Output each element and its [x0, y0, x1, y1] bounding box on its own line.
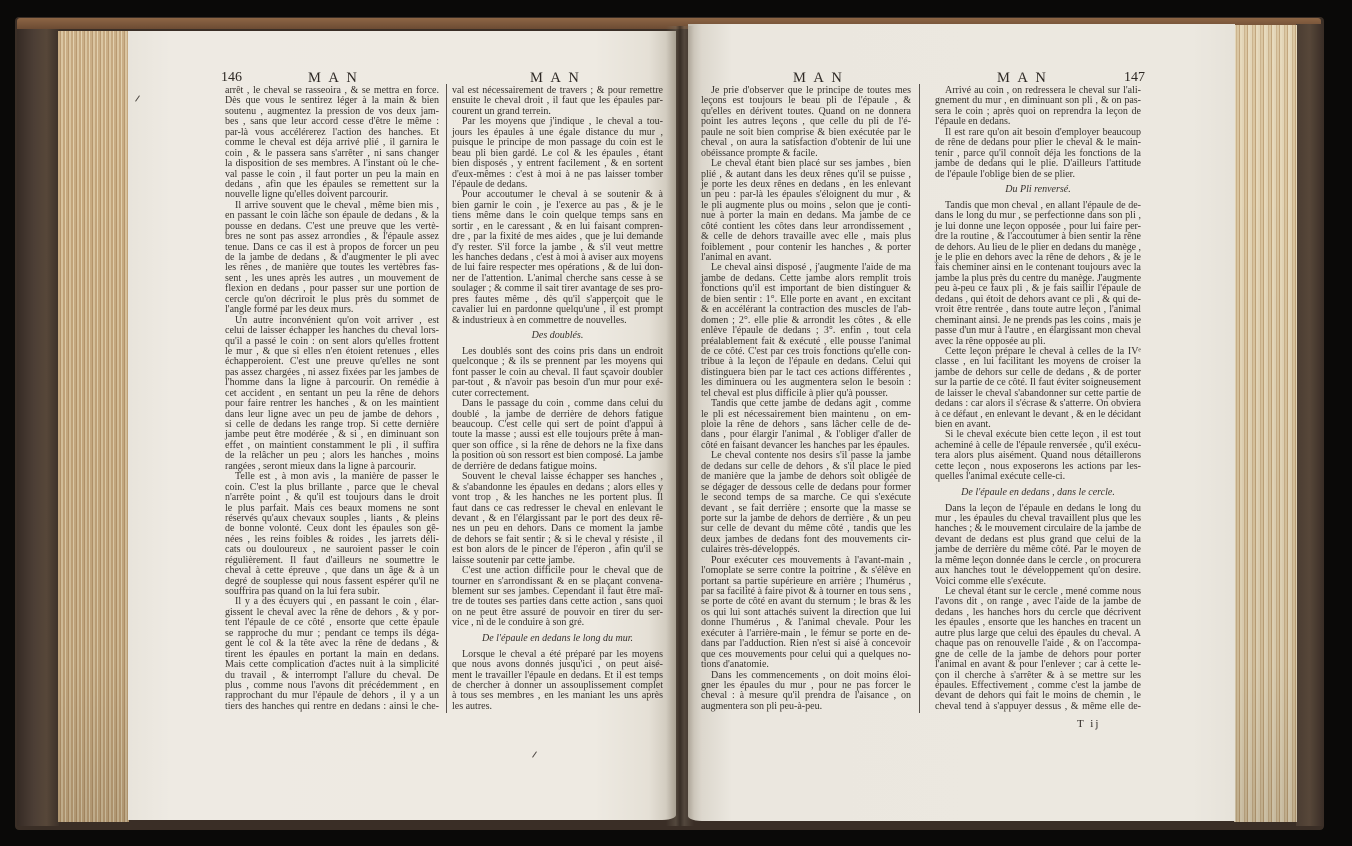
line-text: dans , pour élargir l'animal , & l'oblig…	[701, 429, 911, 440]
line-text: nue à porter la main en dedans. Ma jambe…	[701, 210, 911, 221]
line-text: de dedans sur celle de dehors , & s'il p…	[701, 461, 911, 472]
line-text: obéissance prompte & facile.	[701, 148, 818, 159]
section-heading: De l'épaule en dedans , dans le cercle.	[935, 483, 1141, 504]
line-text: Tandis que mon cheval , en allant l'épau…	[945, 200, 1141, 211]
line-text: d'eux-mêmes : c'est à moi à ne pas laiss…	[452, 169, 663, 180]
line-text: cercle qu'on décriroit le plus près du s…	[225, 294, 439, 305]
line-text: gissent le cheval avec la rêne de dehors…	[225, 607, 439, 618]
line-text: domen ; 2°. elle plie & arrondit les côt…	[701, 315, 911, 326]
line-text: est bon alors de le pincer de l'éperon ,…	[452, 544, 663, 555]
running-head: MAN	[997, 71, 1053, 86]
line-text: se rapproche du mur ; pendant ce temps i…	[225, 628, 439, 639]
line-text: courent un grand terrein.	[452, 106, 551, 117]
line-text: beaucoup. C'est celle qui sert de point …	[452, 419, 663, 430]
line-text: l'épaule de dedans.	[452, 179, 527, 190]
line-text: quelles l'animal exécute celle-ci.	[935, 471, 1065, 482]
line-text: cheminant ainsi. Je ne prends pas les co…	[935, 315, 1141, 326]
line-text: cheval à cette épreuve , que dans un âge…	[225, 565, 439, 576]
paragraph: Lorsque le cheval a été préparé par les …	[452, 650, 663, 713]
line-text: point les autres leçons , que celle du p…	[701, 116, 911, 127]
line-text: pour faire rentrer les hanches , & on le…	[225, 398, 439, 409]
line-text: laisse soutenir par cette jambe.	[452, 555, 575, 566]
line-text: pas assez chargées , ni assez fixées par…	[225, 367, 439, 378]
line-text: un peu : par-là les épaules s'éloignent …	[701, 189, 911, 200]
line-text: pousse en dedans. C'est une preuve que l…	[225, 221, 439, 232]
cover-right-board	[1296, 24, 1323, 826]
printer-signature: T ij	[1077, 719, 1100, 730]
line-text: tribue à la leçon de l'épaule en dedans.…	[701, 356, 911, 367]
line-text: de chercher à donner un assouplissement …	[452, 680, 663, 691]
line-text: régulièrement. Il faut d'ailleurs ne sou…	[225, 555, 439, 566]
line-text: ensuite le cheval droit , il faut que le…	[452, 95, 663, 106]
line-text: on ne peut être assuré de pouvoir en tir…	[452, 607, 663, 618]
paragraph: Il est rare qu'on ait besoin d'employer …	[935, 128, 1141, 180]
line-text: vice , ni de le conduire à son gré.	[452, 617, 584, 628]
text-line: augmentera son pli peu-à-peu.	[701, 702, 911, 712]
paragraph: Telle est , à mon avis , la manière de p…	[225, 472, 439, 597]
line-text: Pour accoutumer le cheval à se soutenir …	[462, 189, 663, 200]
line-text: Mais cette complication d'actes nuit à l…	[225, 659, 439, 670]
line-text: de bien sentir : 1°. Elle porte en avant…	[701, 294, 911, 305]
text-line: tiers des hanches qui rentre en dedans :…	[225, 702, 439, 712]
paragraph: Il arrive souvent que le cheval , même b…	[225, 201, 439, 316]
line-text: soutenu , augmentez la pression de vos d…	[225, 106, 439, 117]
line-text: Dans la leçon de l'épaule en dedans le l…	[945, 503, 1141, 514]
line-text: dre , par la fixité de mes aides , que j…	[452, 231, 663, 242]
line-text: cheval tend à s'appuyer dessus , & même …	[935, 701, 1141, 712]
line-text: pres fautes même , dès qu'il s'apperçoit…	[452, 294, 663, 305]
text-column-1: arrêt , le cheval se rasseoira , & se me…	[225, 86, 439, 712]
paragraph: Le cheval ainsi disposé , j'augmente l'a…	[701, 263, 911, 399]
column-rule	[446, 84, 447, 713]
line-text: je lui donne une leçon opposée , pour lu…	[935, 221, 1141, 232]
line-text: côté en faisant devancer les hanches par…	[701, 440, 910, 451]
paragraph: Le cheval contente nos desirs s'il passe…	[701, 451, 911, 555]
paragraph: Si le cheval exécute bien cette leçon , …	[935, 430, 1141, 482]
line-text: effet , on maintient constamment le pli …	[225, 440, 439, 451]
line-text: de l'épaule l'oblige bien de se plier.	[935, 169, 1075, 180]
line-text: puisque le principe de mon passage du co…	[452, 137, 663, 148]
line-text: flexion en dedans , pour passer sur une …	[225, 283, 439, 294]
line-text: C'est une action difficile pour le cheva…	[462, 565, 663, 576]
line-text: tirent les épaules en portant la main en…	[225, 649, 439, 660]
paragraph: Je prie d'observer que le principe de to…	[701, 86, 911, 159]
line-text: se dégager de dessous celle de dedans po…	[701, 482, 911, 493]
paragraph: Dans les commencements , on doit moins é…	[701, 671, 911, 713]
line-text: tions d'anatomie.	[701, 659, 769, 670]
line-text: je le plie en dehors avec la rêne de deh…	[935, 252, 1141, 263]
line-text: qu'il a passé le coin : on sent alors qu…	[225, 336, 439, 347]
line-text: n'arrête point , & qu'il est toujours da…	[225, 492, 439, 503]
line-text: gne de celle de la jambe de dehors pour …	[935, 649, 1141, 660]
paragraph: Les doublés sont des coins pris dans un …	[452, 347, 663, 399]
line-text: quer son office , si la rêne de dehors n…	[452, 440, 663, 451]
line-text: Un autre inconvénient qu'on voit arriver…	[235, 315, 439, 326]
line-text: de lui faire respecter mes opérations , …	[452, 262, 663, 273]
line-text: Par les moyens que j'indique , le cheval…	[462, 116, 663, 127]
line-text: gnement du mur , en diminuant son pli , …	[935, 95, 1141, 106]
line-text: plié , & autant dans les deux rênes qu'i…	[701, 169, 911, 180]
line-text: devant de dedans est plus grand que celu…	[935, 534, 1141, 545]
line-text: Il arrive souvent que le cheval , même b…	[235, 200, 439, 211]
line-text: le pli augmente plus ou moins , selon qu…	[701, 200, 911, 211]
page-number-right: 147	[1124, 71, 1145, 85]
line-text: de dehors. Au lieu de le plier en dedans…	[935, 242, 1141, 253]
line-text: Cette leçon prépare le cheval à celles d…	[945, 346, 1141, 357]
line-text: mur , les épaules du cheval travaillent …	[935, 513, 1141, 524]
text-line: les autres.	[452, 702, 663, 712]
paragraph: Pour accoutumer le cheval à se soutenir …	[452, 190, 663, 326]
line-text: les rênes , de manière que toutes les ve…	[225, 262, 439, 273]
line-text: bien en avant.	[935, 419, 991, 430]
line-text: tent l'épaule de ce côté , ensorte que c…	[225, 617, 439, 628]
line-text: culaires très-développés.	[701, 544, 800, 555]
line-text: vont trop , & les hanches ne les portent…	[452, 492, 663, 503]
line-text: Il y a des écuyers qui , en passant le c…	[235, 596, 439, 607]
line-text: le plus parfait. Mais ces beaux momens n…	[225, 503, 439, 514]
line-text: les autres.	[452, 701, 492, 712]
line-text: préalablement fait & exécuté , elle pous…	[701, 336, 911, 347]
text-line: cheval tend à s'appuyer dessus , & même …	[935, 702, 1141, 712]
paragraph: val est nécessairement de travers ; & po…	[452, 86, 663, 117]
line-text: vroit être rentrée , dans toute autre le…	[935, 304, 1141, 315]
line-text: deux jambes de dedans font des mouvement…	[701, 534, 911, 545]
line-text: jambe de dehors sur celle de dedans , & …	[935, 367, 1141, 378]
line-text: à ce défaut , en enlevant le devant , & …	[935, 409, 1141, 420]
line-text: l'angle formé par les deux murs.	[225, 304, 353, 315]
line-text: cavalier lui en pardonne quelqu'une , il…	[452, 304, 663, 315]
line-text: réservés qu'aux chevaux souples , liants…	[225, 513, 439, 524]
line-text: porte sur la jambe de dehors de derrière…	[701, 513, 911, 524]
line-text: leçons est toujours le beau pli de l'épa…	[701, 95, 911, 106]
line-text: l'homme dans la ligne à parcourir. On re…	[225, 377, 439, 388]
line-text: les épaules , ensorte que les hanches en…	[935, 617, 1141, 628]
line-text: tenir , parce qu'il connoît déja les fon…	[935, 148, 1141, 159]
text-column-4: Arrivé au coin , on redressera le cheval…	[935, 86, 1141, 712]
line-text: qu'elles en dérivent toutes. Quand on ne…	[701, 106, 911, 117]
line-text: bes , sans que leur accord cesse d'être …	[225, 116, 439, 127]
paragraph: Tandis que cette jambe de dedans agit , …	[701, 399, 911, 451]
line-text: la disposition de ses membres. A l'insta…	[225, 158, 439, 169]
line-text: toute la masse ; aussi est elle toujours…	[452, 429, 663, 440]
line-text: tiers des hanches qui rentre en dedans :…	[225, 701, 439, 712]
line-text: aux hanches tout le développement qu'on …	[935, 565, 1141, 576]
line-text: gner les épaules du mur , pour ne pas fo…	[701, 680, 911, 691]
text-column-3: Je prie d'observer que le principe de to…	[701, 86, 911, 712]
line-text: bien garnir le coin , je l'exerce au pas…	[452, 200, 663, 211]
line-text: cheval : à mesure qu'il prendra de l'ais…	[701, 690, 911, 701]
line-text: l'épaule en dedans.	[935, 116, 1010, 127]
line-text: jours les épaules à une égale distance d…	[452, 127, 663, 138]
line-text: Le cheval étant bien placé sur ses jambe…	[711, 158, 911, 169]
line-text: devant de dehors qui fait le moins de ch…	[935, 690, 1141, 701]
line-text: bien disposés , y entrent facilement , &…	[452, 158, 663, 169]
line-text: que ces mouvements pour celui qui a quel…	[701, 649, 911, 660]
paragraph: Le cheval étant sur le cercle , mené com…	[935, 587, 1141, 712]
line-text: Le cheval contente nos desirs s'il passe…	[711, 450, 911, 461]
line-text: Le cheval ainsi disposé , j'augmente l'a…	[711, 262, 911, 273]
line-text: sur celle de devant du même côté , tandi…	[701, 523, 911, 534]
line-text: avec la rêne opposée au pli.	[935, 336, 1046, 347]
line-text: comme le cheval est déja arrivé plié , i…	[225, 137, 439, 148]
line-text: distinguera bien par le tact ces actions…	[701, 367, 911, 378]
line-text: fonctions qu'il est important de bien di…	[701, 283, 911, 294]
line-text: blement sur ses jambes. Cependant il fau…	[452, 586, 663, 597]
line-text: de derrière de dedans fatigue moins.	[452, 461, 597, 472]
line-text: Lorsque le cheval a été préparé par les …	[462, 649, 663, 660]
cover-left-board	[17, 29, 59, 826]
line-text: dedans , qui étoit de dehors avant ce pl…	[935, 294, 1141, 305]
line-text: en passant le coin lâche son épaule de d…	[225, 210, 439, 221]
page-stack-right	[1234, 25, 1297, 822]
line-text: par-tout , & n'avoir pas besoin d'un mur…	[452, 377, 663, 388]
section-heading: Des doublés.	[452, 326, 663, 347]
text-column-2: val est nécessairement de travers ; & po…	[452, 86, 663, 712]
line-text: si celle de dedans les range trop. Si ce…	[225, 419, 439, 430]
line-text: Les doublés sont des coins pris dans un …	[462, 346, 663, 357]
line-text: Arrivé au coin , on redressera le cheval…	[945, 85, 1141, 96]
line-text: côté contient les côtes dans leur arrond…	[701, 221, 911, 232]
line-text: & industrieux à en commettre de nouvelle…	[452, 315, 627, 326]
line-text: l'animal en avant.	[701, 252, 771, 263]
line-text: de ce côté. C'est par ces trois fonction…	[701, 346, 911, 357]
line-text: & celle de dehors travaille avec elle , …	[701, 231, 911, 242]
line-text: devant , se fait derrière ; ensorte que …	[701, 503, 911, 514]
paragraph: Un autre inconvénient qu'on voit arriver…	[225, 316, 439, 473]
line-text: Le cheval étant sur le cercle , mené com…	[945, 586, 1141, 597]
column-rule	[919, 84, 920, 713]
line-text: acheminé à celle de l'épaule renversée ,…	[935, 440, 1141, 451]
line-text: Pour exécuter ces mouvements à l'avant-m…	[711, 555, 911, 566]
line-text: nouvelle ligne qu'elles doivent parcouri…	[225, 189, 388, 200]
line-text: Dans le passage du coin , comme dans cel…	[462, 398, 663, 409]
line-text: cette leçon , nous exposerons les action…	[935, 461, 1141, 472]
line-text: Souvent le cheval laisse échapper ses ha…	[462, 471, 663, 482]
line-text: tel cheval est plus difficile à plier qu…	[701, 388, 888, 399]
paragraph: Il y a des écuyers qui , en passant le c…	[225, 597, 439, 712]
line-text: ploie la rêne de dehors , sans lâcher ce…	[701, 419, 911, 430]
line-text: autre plus large que celui des épaules d…	[935, 628, 1141, 639]
line-text: Voici comme elle s'exécute.	[935, 576, 1046, 587]
line-text: font passer le coin au cheval. Il faut s…	[452, 367, 663, 378]
line-text: val est nécessairement de travers ; & po…	[452, 85, 663, 96]
line-text: ment le travailler l'épaule en dedans. E…	[452, 670, 663, 681]
line-text: portant sa partie supérieure en arrière …	[701, 576, 911, 587]
page-stack-left	[58, 31, 129, 822]
line-text: jambe de dedans qui le plie. D'ailleurs …	[935, 158, 1141, 169]
line-text: de la jambe de dedans , & d'augmenter le…	[225, 252, 439, 263]
line-text: l'avons dit , on range , avec l'aide de …	[935, 596, 1141, 607]
line-text: par-là vous accélérerez l'action des han…	[225, 127, 439, 138]
line-text: faut dans ce cas redresser le cheval en …	[452, 503, 663, 514]
line-text: de manière que la jambe de dehors soit o…	[701, 471, 911, 482]
line-text: dedans , afin que les épaules se remette…	[225, 179, 439, 190]
line-text: passe d'un mur à l'autre , en élargissan…	[935, 325, 1141, 336]
line-text: çon il cherche à s'arrêter & à se mettre…	[935, 670, 1141, 681]
line-text: Il est rare qu'on ait besoin d'employer …	[945, 127, 1141, 138]
text-line: vice , ni de le conduire à son gré.	[452, 618, 663, 628]
line-text: quelconque ; & ils se prennent par les m…	[452, 356, 663, 367]
line-text: cats ou douloureux , ne sauroient passer…	[225, 544, 439, 555]
line-text: devant , & en l'élargissant par le port …	[452, 513, 663, 524]
line-text: Tandis que cette jambe de dedans agit , …	[711, 398, 911, 409]
line-text: sent , les unes après les autres , un mo…	[225, 273, 439, 284]
line-text: rapprochant du mur l'épaule de dehors , …	[225, 690, 439, 701]
line-text: hanches ; & le mouvement circulaire de l…	[935, 523, 1141, 534]
line-text: exécuter à l'arrière-main , le fémur se …	[701, 628, 911, 639]
paragraph: Cette leçon prépare le cheval à celles d…	[935, 347, 1141, 431]
line-text: nes un peu en dehors. Dans ce moment la …	[452, 523, 663, 534]
line-text: souffrira pas quand on la lui fera subir…	[225, 586, 380, 597]
line-text: d'y rester. S'il force la jambe , & s'il…	[452, 242, 663, 253]
line-text: la position où son ressort est bien comp…	[452, 450, 663, 461]
line-text: donne l'humérus , & l'animal chevale. Po…	[701, 617, 911, 628]
line-text: tre de toutes ses parties dans cette act…	[452, 596, 663, 607]
line-text: de laisser le cheval s'abandonner sur ce…	[935, 388, 1141, 399]
section-heading: De l'épaule en dedans le long du mur.	[452, 629, 663, 650]
line-text: de rêne de dedans pour plier le cheval &…	[935, 137, 1141, 148]
book-gutter	[666, 26, 694, 826]
line-text: je porte les deux rênes en dedans , en l…	[701, 179, 911, 190]
line-text: cheval , on aura la satisfaction d'obten…	[701, 137, 911, 148]
line-text: le pli est nécessairement bien maintenu …	[701, 409, 911, 420]
line-text: tourner en s'arrondissant & en se plaçan…	[452, 576, 663, 587]
line-text: arrêt , le cheval se rasseoira , & se me…	[225, 85, 439, 96]
line-text: sera le coin ; après quoi on reprendra l…	[935, 106, 1141, 117]
line-text: coin. C'est la plus brillante , parce qu…	[225, 482, 439, 493]
line-text: jambe peut être modérée , & si , en dimi…	[225, 429, 439, 440]
line-text: dans leur ligne avec un peu de jambe de …	[225, 409, 439, 420]
line-text: du travail , & interrompt l'allure du ch…	[225, 670, 439, 681]
paragraph: arrêt , le cheval se rasseoira , & se me…	[225, 86, 439, 201]
line-text: plus , comme nous l'avons dit précédemme…	[225, 680, 439, 691]
line-text: coin , & le passera sans s'arrêter , ni …	[225, 148, 439, 159]
paragraph: Pour exécuter ces mouvements à l'avant-m…	[701, 556, 911, 671]
paragraph: Par les moyens que j'indique , le cheval…	[452, 117, 663, 190]
paragraph: C'est une action difficile pour le cheva…	[452, 566, 663, 629]
running-head: MAN	[793, 71, 849, 86]
line-text: Si le cheval exécute bien cette leçon , …	[945, 429, 1141, 440]
paragraph: Dans le passage du coin , comme dans cel…	[452, 399, 663, 472]
line-text: sur la partie de ce côté. Il faut éviter…	[935, 377, 1141, 388]
line-text: tiens même dans le coin quelque temps sa…	[452, 210, 663, 221]
line-text: cuter correctement.	[452, 388, 529, 399]
line-text: paule ne soit bien comprise & bien exécu…	[701, 127, 911, 138]
line-text: bres ne sont pas assez arrondies , & l'é…	[225, 231, 439, 242]
line-text: soulager ; & comme il sait tirer avantag…	[452, 283, 663, 294]
line-text: de la relâcher un peu ; alors les hanche…	[225, 450, 439, 461]
line-text: rangées , seront mieux dans la ligne à p…	[225, 461, 416, 472]
line-text: gent le col & la tête avec la rêne de de…	[225, 638, 439, 649]
line-text: jambe de dedans. Cette jambe alors rempl…	[701, 273, 911, 284]
line-text: Je prie d'observer que le principe de to…	[711, 85, 911, 96]
line-text: nées , les reins foibles & roides , les …	[225, 534, 439, 545]
line-text: se porte de côté en avant du sternum ; l…	[701, 596, 911, 607]
line-text: cet accident , en sentant un peu la rêne…	[225, 388, 439, 399]
paragraph: Dans la leçon de l'épaule en dedans le l…	[935, 504, 1141, 588]
line-text: à tous ses membres , en les maniant les …	[452, 690, 663, 701]
line-text: dedans : car alors il s'écrase & s'atter…	[935, 398, 1141, 409]
line-text: val passe le coin , il faut porter un pe…	[225, 169, 439, 180]
line-text: de dehors se fait sentir ; & si le cheva…	[452, 534, 663, 545]
paragraph: Souvent le cheval laisse échapper ses ha…	[452, 472, 663, 566]
line-text: le mur , & que si elles n'en étoient ret…	[225, 346, 439, 357]
line-text: par sa facilité à faire pivot & à tourne…	[701, 586, 911, 597]
running-head: MAN	[308, 71, 364, 86]
paragraph: Tandis que mon cheval , en allant l'épau…	[935, 201, 1141, 347]
line-text: os qui lui sont attachés suivent la dire…	[701, 607, 911, 618]
line-text: les diminuera ou les augmentera selon le…	[701, 377, 911, 388]
section-heading: Du Pli renversé.	[935, 180, 1141, 201]
line-text: jambe la plus près du centre du manège. …	[935, 273, 1141, 284]
line-text: tera alors plus aisément. Quand nous dét…	[935, 450, 1141, 461]
line-text: dedans , les hanches hors du cercle que …	[935, 607, 1141, 618]
line-text: dans par l'adduction. Rien n'est si aisé…	[701, 638, 911, 649]
page-number-left: 146	[221, 71, 242, 85]
line-text: que nous avons donnés jusqu'ici , on peu…	[452, 659, 663, 670]
line-text: les hanches dedans , c'est à moi à avise…	[452, 252, 663, 263]
line-text: Telle est , à mon avis , la manière de p…	[235, 471, 439, 482]
line-text: & s'abandonne les épaules en dedans ; al…	[452, 482, 663, 493]
line-text: classe , en lui facilitant les moyens de…	[935, 356, 1141, 367]
line-text: augmentera son pli peu-à-peu.	[701, 701, 822, 712]
line-text: doublé , la jambe de derrière de dehors …	[452, 409, 663, 420]
paragraph: Le cheval étant bien placé sur ses jambe…	[701, 159, 911, 263]
line-text: le second temps de sa marche. Ce qui s'e…	[701, 492, 911, 503]
text-line: & industrieux à en commettre de nouvelle…	[452, 316, 663, 326]
text-line: de l'épaule l'oblige bien de se plier.	[935, 170, 1141, 180]
paragraph: Arrivé au coin , on redressera le cheval…	[935, 86, 1141, 128]
text-line: quelles l'animal exécute celle-ci.	[935, 472, 1141, 482]
line-text: l'omoplate se serre contre la poitrine ,…	[701, 565, 911, 576]
line-text: sortir , en le caressant , & en lui fais…	[452, 221, 663, 232]
running-head: MAN	[530, 71, 586, 86]
line-text: tenue. Dans ce cas il est à propos de fo…	[225, 242, 439, 253]
line-text: de bonne volonté. Ceux dont les épaules …	[225, 523, 439, 534]
line-text: l'animal en avant & pour l'enlever ; car…	[935, 659, 1141, 670]
line-text: Dans les commencements , on doit moins é…	[711, 670, 911, 681]
line-text: chaque pas on renouvelle l'aide , & on l…	[935, 638, 1141, 649]
line-text: dre la routine , & l'accoutumer à bien s…	[935, 231, 1141, 242]
line-text: foiblement , pour contenir les hanches ,…	[701, 242, 911, 253]
line-text: ner de l'attention. L'animal cherche san…	[452, 273, 663, 284]
line-text: fais cheminer ainsi en le contenant touj…	[935, 262, 1141, 273]
line-text: celui de laisser échapper les hanches du…	[225, 325, 439, 336]
line-text: beau pli bien gardé. Le col & les épaule…	[452, 148, 663, 159]
line-text: Dès que vous le sentirez léger à la main…	[225, 95, 439, 106]
line-text: enlève l'épaule de dedans ; 3°. enfin , …	[701, 325, 911, 336]
line-text: la même leçon donnée dans le cercle , on…	[935, 555, 1141, 566]
line-text: degré de souplesse qui nous fassent espé…	[225, 576, 439, 587]
line-text: & en accélérant la contraction des muscl…	[701, 304, 911, 315]
line-text: échapperoient. C'est une preuve qu'elles…	[225, 356, 439, 367]
line-text: jambe de derrière du même côté. Par le m…	[935, 544, 1141, 555]
line-text: peu à-peu ce faux pli , & je fais sailli…	[935, 283, 1141, 294]
line-text: épaules. Effectivement , comme c'est la …	[935, 680, 1141, 691]
line-text: dans le long du mur , se perfectionne da…	[935, 210, 1141, 221]
